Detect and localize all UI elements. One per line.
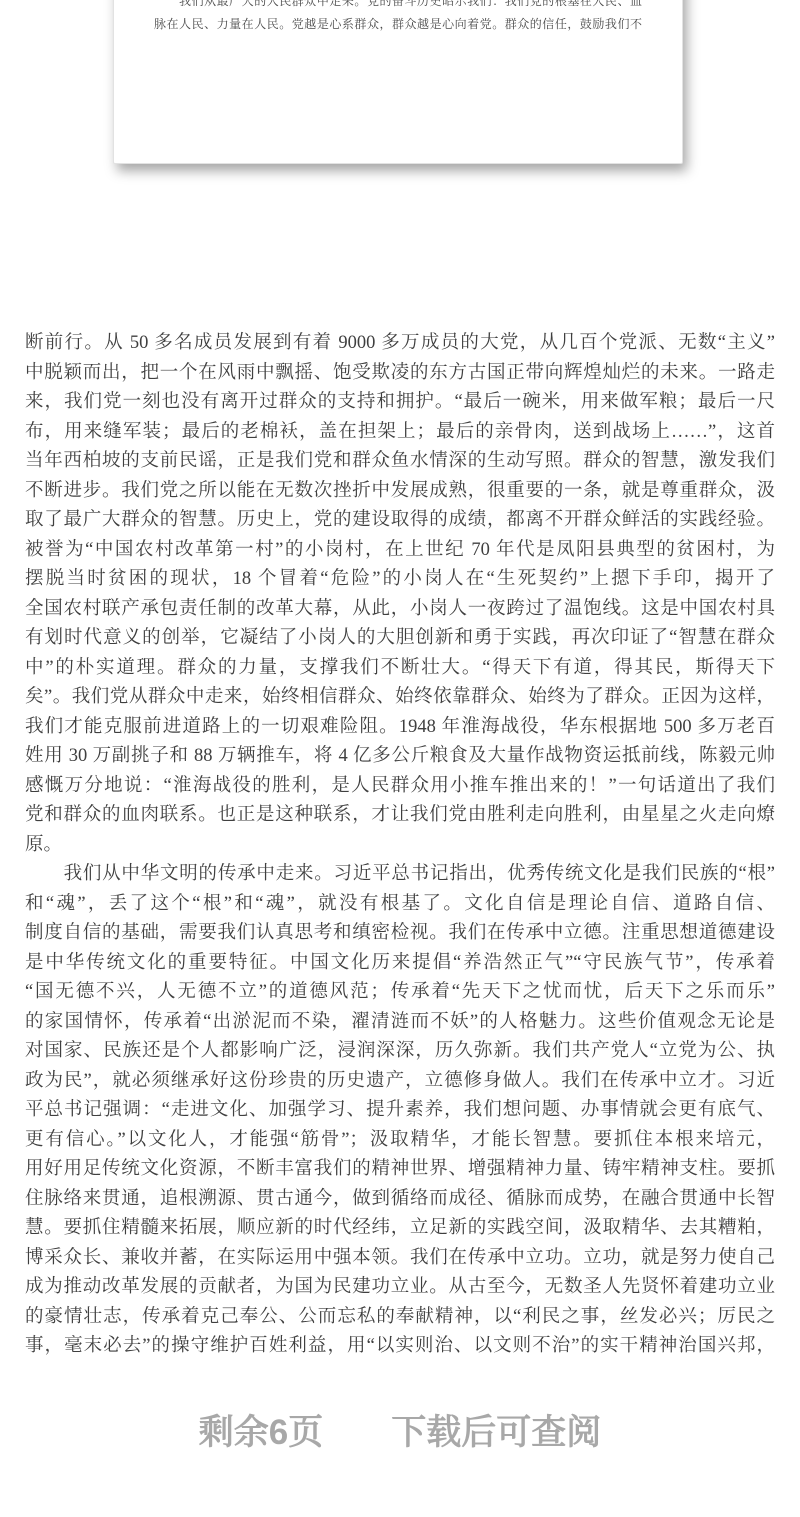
text-line: 脉在人民、力量在人民。党越是心系群众，群众越是心向着党。群众的信任，鼓励我们不 bbox=[154, 13, 642, 36]
text-line: 中脱颖而出，把一个在风雨中飘摇、饱受欺凌的东方古国正带向辉煌灿烂的未来。一路走 bbox=[25, 359, 775, 389]
text-line: 取了最广大群众的智慧。历史上，党的建设取得的成绩，都离不开群众鲜活的实践经验。 bbox=[25, 506, 775, 536]
text-line: 博采众长、兼收并蓄，在实际运用中强本领。我们在传承中立功。立功，就是努力使自己 bbox=[25, 1244, 775, 1274]
page-preview-text: 我们从最广大的人民群众中走来。党的奋斗历史昭示我们：我们党的根基在人民、血脉在人… bbox=[114, 0, 682, 36]
text-line: 党和群众的血肉联系。也正是这种联系，才让我们党由胜利走向胜利，由星星之火走向燎 bbox=[25, 801, 775, 831]
text-line: 断前行。从 50 多名成员发展到有着 9000 多万成员的大党，从几百个党派、无… bbox=[25, 329, 775, 359]
text-line: 的豪情壮志，传承着克己奉公、公而忘私的奉献精神，以“利民之事，丝发必兴；厉民之 bbox=[25, 1303, 775, 1333]
text-line: 中”的朴实道理。群众的力量，支撑我们不断壮大。“得天下有道，得其民，斯得天下 bbox=[25, 654, 775, 684]
text-line: 原。 bbox=[25, 831, 775, 861]
text-line: 政为民”，就必须继承好这份珍贵的历史遗产，立德修身做人。我们在传承中立才。习近 bbox=[25, 1067, 775, 1097]
text-line: 姓用 30 万副挑子和 88 万辆推车，将 4 亿多公斤粮食及大量作战物资运抵前… bbox=[25, 742, 775, 772]
text-line: 有划时代意义的创举，它凝结了小岗人的大胆创新和勇于实践，再次印证了“智慧在群众 bbox=[25, 624, 775, 654]
text-line: 我们从最广大的人民群众中走来。党的奋斗历史昭示我们：我们党的根基在人民、血 bbox=[154, 0, 642, 13]
text-line: 被誉为“中国农村改革第一村”的小岗村，在上世纪 70 年代是凤阳县典型的贫困村，… bbox=[25, 536, 775, 566]
text-line: 住脉络来贯通，追根溯源、贯古通今，做到循络而成径、循脉而成势，在融合贯通中长智 bbox=[25, 1185, 775, 1215]
text-line: 慧。要抓住精髓来拓展，顺应新的时代经纬，立足新的实践空间，汲取精华、去其糟粕， bbox=[25, 1214, 775, 1244]
document-page-preview: 我们从最广大的人民群众中走来。党的奋斗历史昭示我们：我们党的根基在人民、血脉在人… bbox=[113, 0, 683, 164]
text-line: 用好用足传统文化资源，不断丰富我们的精神世界、增强精神力量、铸牢精神支柱。要抓 bbox=[25, 1155, 775, 1185]
text-line: 是中华传统文化的重要特征。中国文化历来提倡“养浩然正气”“守民族气节”，传承着 bbox=[25, 949, 775, 979]
text-line: 我们才能克服前进道路上的一切艰难险阻。1948 年淮海战役，华东根据地 500 … bbox=[25, 713, 775, 743]
text-line: 和“魂”，丢了这个“根”和“魂”，就没有根基了。文化自信是理论自信、道路自信、 bbox=[25, 890, 775, 920]
remaining-pages-label: 剩余6页 bbox=[199, 1413, 323, 1453]
text-line: 布，用来缝军装；最后的老棉袄，盖在担架上；最后的亲骨肉，送到战场上……”，这首 bbox=[25, 418, 775, 448]
text-line: 更有信心。”以文化人，才能强“筋骨”；汲取精华，才能长智慧。要抓住本根来培元， bbox=[25, 1126, 775, 1156]
text-line: 事，毫末必去”的操守维护百姓利益，用“以实则治、以文则不治”的实干精神治国兴邦， bbox=[25, 1332, 775, 1362]
text-line: 我们从中华文明的传承中走来。习近平总书记指出，优秀传统文化是我们民族的“根” bbox=[25, 860, 775, 890]
text-line: 来，我们党一刻也没有离开过群众的支持和拥护。“最后一碗米，用来做军粮；最后一尺 bbox=[25, 388, 775, 418]
text-line: 平总书记强调：“走进文化、加强学习、提升素养，我们想问题、办事情就会更有底气、 bbox=[25, 1096, 775, 1126]
text-line: 对国家、民族还是个人都影响广泛，浸润深深，历久弥新。我们共产党人“立党为公、执 bbox=[25, 1037, 775, 1067]
text-line: 当年西柏坡的支前民谣，正是我们党和群众鱼水情深的生动写照。群众的智慧，激发我们 bbox=[25, 447, 775, 477]
text-line: 感慨万分地说：“淮海战役的胜利，是人民群众用小推车推出来的！”一句话道出了我们 bbox=[25, 772, 775, 802]
text-line: 制度自信的基础，需要我们认真思考和缜密检视。我们在传承中立德。注重思想道德建设 bbox=[25, 919, 775, 949]
text-line: 全国农村联产承包责任制的改革大幕，从此，小岗人一夜跨过了温饱线。这是中国农村具 bbox=[25, 595, 775, 625]
text-line: 的家国情怀，传承着“出淤泥而不染，濯清涟而不妖”的人格魅力。这些价值观念无论是 bbox=[25, 1008, 775, 1038]
text-line: 不断进步。我们党之所以能在无数次挫折中发展成熟，很重要的一条，就是尊重群众，汲 bbox=[25, 477, 775, 507]
download-hint-label: 下载后可查阅 bbox=[391, 1413, 601, 1453]
preview-footer: 剩余6页 下载后可查阅 bbox=[0, 1413, 800, 1453]
text-line: 成为推动改革发展的贡献者，为国为民建功立业。从古至今，无数圣人先贤怀着建功立业 bbox=[25, 1273, 775, 1303]
text-line: “国无德不兴，人无德不立”的道德风范；传承着“先天下之忧而忧，后天下之乐而乐” bbox=[25, 978, 775, 1008]
text-line: 矣”。我们党从群众中走来，始终相信群众、始终依靠群众、始终为了群众。正因为这样， bbox=[25, 683, 775, 713]
text-line: 摆脱当时贫困的现状，18 个冒着“危险”的小岗人在“生死契约”上摁下手印，揭开了 bbox=[25, 565, 775, 595]
document-body-text: 断前行。从 50 多名成员发展到有着 9000 多万成员的大党，从几百个党派、无… bbox=[25, 329, 775, 1362]
